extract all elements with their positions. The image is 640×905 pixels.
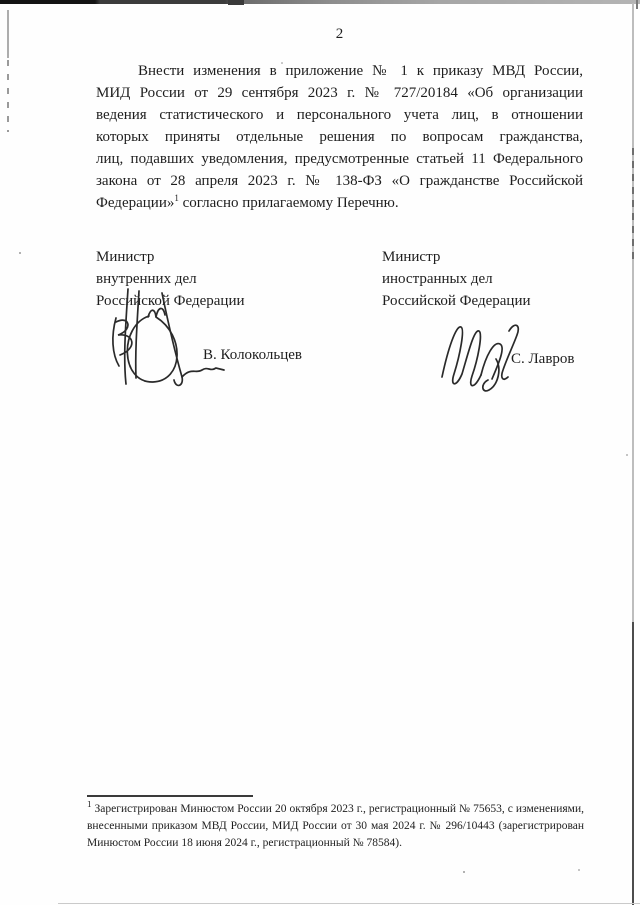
minister-title-foreign: Министр иностранных дел Российской Федер… [382,246,531,312]
minister-title-line: иностранных дел [382,268,531,290]
signature-kolokoltsev-image [103,286,233,398]
paragraph-line: которых приняты отдельные решения по воп… [96,126,583,148]
paragraph-line: МИД России от 29 сентября 2023 г. № 727/… [96,82,583,104]
scan-artifact-right-edge-dark [632,622,634,905]
paragraph-text: Федерации» [96,195,174,211]
footnote-line: Минюстом России 18 июня 2024 г., регистр… [87,835,584,852]
scan-artifact-right-edge-dashes [632,148,634,260]
minister-title-line: Министр [382,246,531,268]
scan-artifact-top-edge [0,0,640,4]
scan-speck [463,871,465,873]
paragraph-line: лиц, подавших уведомления, предусмотренн… [96,148,583,170]
scan-artifact-left-edge-dashes [7,60,9,132]
scan-artifact-bottom-edge [58,903,640,904]
paragraph-line: Федерации»1 согласно прилагаемому Перечн… [96,192,583,214]
scan-artifact-top-dash [228,0,244,5]
footnote-text: Зарегистрирован Минюстом России 20 октяб… [92,803,585,815]
page-number: 2 [96,26,583,43]
scan-speck [19,252,21,254]
minister-title-line: Министр [96,246,245,268]
paragraph-line: Внести изменения в приложение № 1 к прик… [96,60,583,82]
minister-name-lavrov: С. Лавров [511,351,575,368]
footnote-line: внесенными приказом МВД России, МИД Росс… [87,818,584,835]
paragraph-line: закона от 28 апреля 2023 г. № 138-ФЗ «О … [96,170,583,192]
footnote-separator [87,795,253,797]
scan-artifact-right-edge-light [632,3,634,630]
paragraph-text: согласно прилагаемому Перечню. [179,195,399,211]
minister-name-kolokoltsev: В. Колокольцев [203,347,302,364]
footnote-line: 1 Зарегистрирован Минюстом России 20 окт… [87,801,584,818]
scan-speck [578,869,580,871]
body-paragraph: Внести изменения в приложение № 1 к прик… [96,60,583,214]
footnote: 1 Зарегистрирован Минюстом России 20 окт… [87,801,584,852]
minister-title-line: Российской Федерации [382,290,531,312]
document-page: 2 Внести изменения в приложение № 1 к пр… [0,0,640,905]
scan-speck [626,454,628,456]
scan-artifact-top-right-tick [636,0,638,9]
scan-artifact-left-edge-line [7,10,9,58]
paragraph-line: ведения статистического и персонального … [96,104,583,126]
